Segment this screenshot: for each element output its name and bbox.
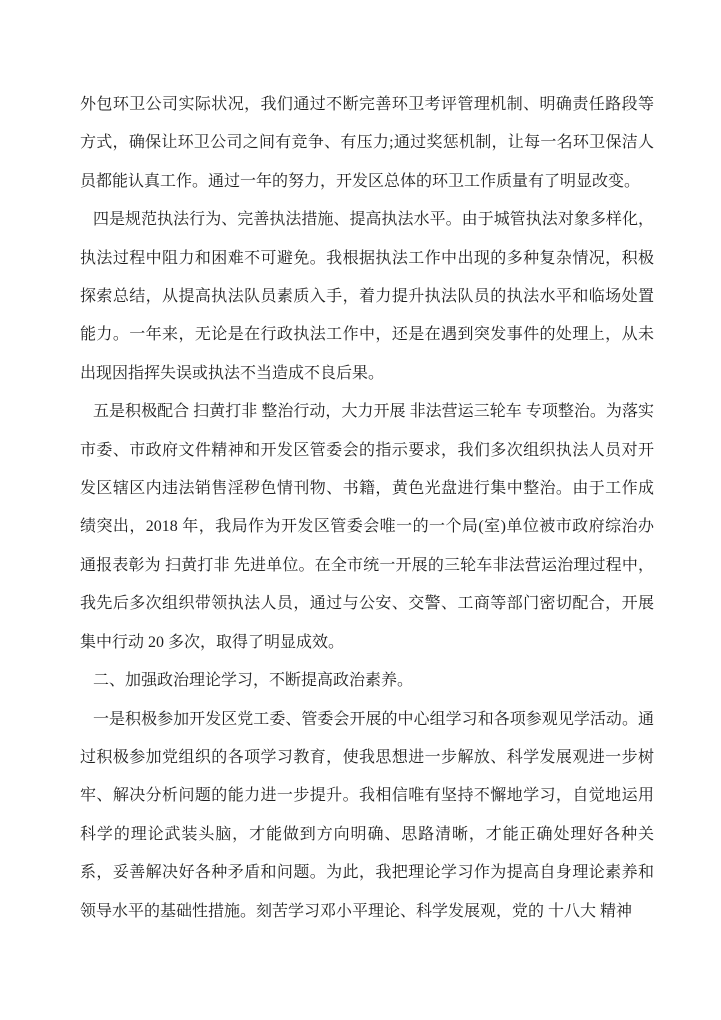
document-page: 外包环卫公司实际状况，我们通过不断完善环卫考评管理机制、明确责任路段等方式，确保… [0,0,721,1020]
section-heading-political-theory-study: 二、加强政治理论学习，不断提高政治素养。 [80,662,654,700]
paragraph-sanitation-outsourcing: 外包环卫公司实际状况，我们通过不断完善环卫考评管理机制、明确责任路段等方式，确保… [80,86,654,201]
paragraph-law-enforcement: 四是规范执法行为、完善执法措施、提高执法水平。由于城管执法对象多样化，执法过程中… [80,201,654,393]
paragraph-study-activities: 一是积极参加开发区党工委、管委会开展的中心组学习和各项参观见学活动。通过积极参加… [80,701,654,931]
paragraph-special-campaigns: 五是积极配合 扫黄打非 整治行动，大力开展 非法营运三轮车 专项整治。为落实市委… [80,393,654,662]
document-body: 外包环卫公司实际状况，我们通过不断完善环卫考评管理机制、明确责任路段等方式，确保… [80,86,654,931]
